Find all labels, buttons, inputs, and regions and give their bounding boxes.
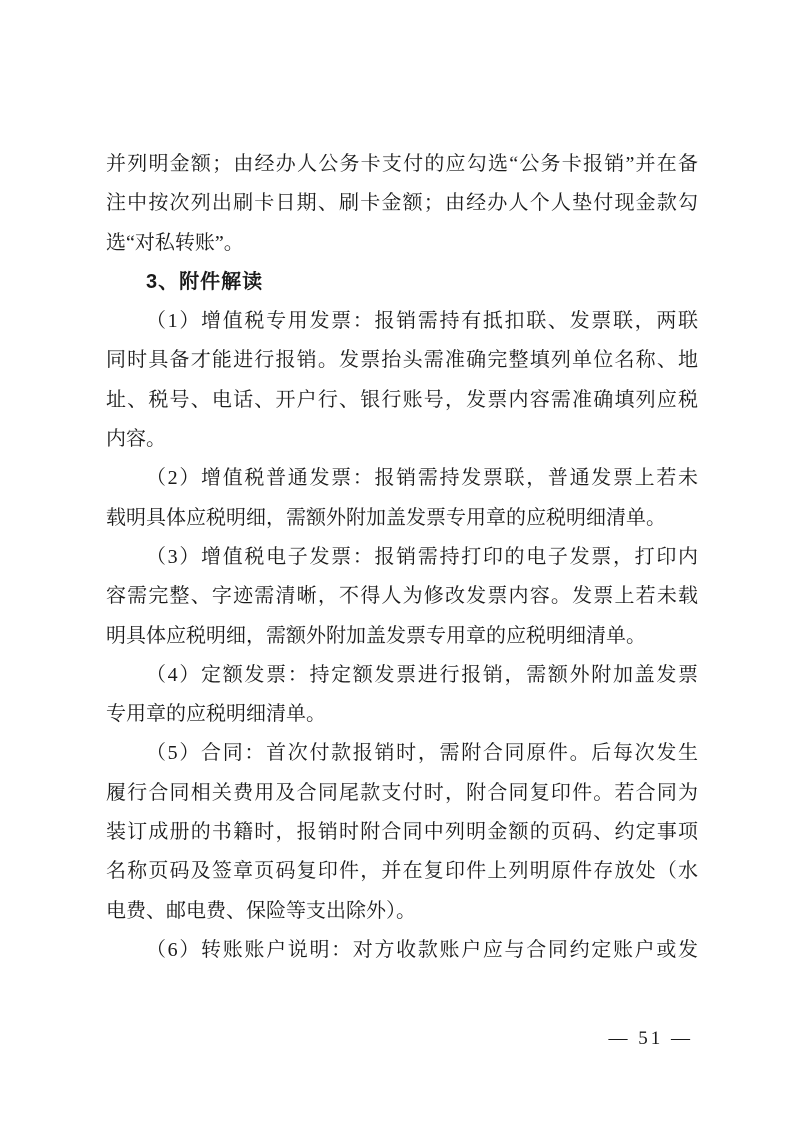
text-line: （5）合同：首次付款报销时，需附合同原件。后每次发生 bbox=[106, 734, 698, 773]
text-line: 并列明金额；由经办人公务卡支付的应勾选“公务卡报销”并在备 bbox=[106, 145, 698, 184]
text-line: 电费、邮电费、保险等支出除外）。 bbox=[106, 892, 698, 931]
text-line: 载明具体应税明细，需额外附加盖发票专用章的应税明细清单。 bbox=[106, 499, 698, 538]
text-line: 专用章的应税明细清单。 bbox=[106, 695, 698, 734]
text-line: 装订成册的书籍时，报销时附合同中列明金额的页码、约定事项 bbox=[106, 813, 698, 852]
section-heading: 3、附件解读 bbox=[106, 263, 698, 302]
text-line: 选“对私转账”。 bbox=[106, 224, 698, 263]
text-line: 同时具备才能进行报销。发票抬头需准确完整填列单位名称、地 bbox=[106, 341, 698, 380]
document-body: 并列明金额；由经办人公务卡支付的应勾选“公务卡报销”并在备 注中按次列出刷卡日期… bbox=[106, 145, 698, 970]
text-line: 址、税号、电话、开户行、银行账号，发票内容需准确填列应税 bbox=[106, 381, 698, 420]
text-line: （1）增值税专用发票：报销需持有抵扣联、发票联，两联 bbox=[106, 302, 698, 341]
document-page: 并列明金额；由经办人公务卡支付的应勾选“公务卡报销”并在备 注中按次列出刷卡日期… bbox=[0, 0, 793, 1122]
text-line: （3）增值税电子发票：报销需持打印的电子发票，打印内 bbox=[106, 538, 698, 577]
text-line: 明具体应税明细，需额外附加盖发票专用章的应税明细清单。 bbox=[106, 617, 698, 656]
text-line: （6）转账账户说明：对方收款账户应与合同约定账户或发 bbox=[106, 931, 698, 970]
text-line: （4）定额发票：持定额发票进行报销，需额外附加盖发票 bbox=[106, 656, 698, 695]
page-number: — 51 — bbox=[609, 1028, 694, 1050]
text-line: 履行合同相关费用及合同尾款支付时，附合同复印件。若合同为 bbox=[106, 774, 698, 813]
text-line: 容需完整、字迹需清晰，不得人为修改发票内容。发票上若未载 bbox=[106, 577, 698, 616]
text-line: 内容。 bbox=[106, 420, 698, 459]
text-line: （2）增值税普通发票：报销需持发票联，普通发票上若未 bbox=[106, 459, 698, 498]
text-line: 名称页码及签章页码复印件，并在复印件上列明原件存放处（水 bbox=[106, 852, 698, 891]
text-line: 注中按次列出刷卡日期、刷卡金额；由经办人个人垫付现金款勾 bbox=[106, 184, 698, 223]
